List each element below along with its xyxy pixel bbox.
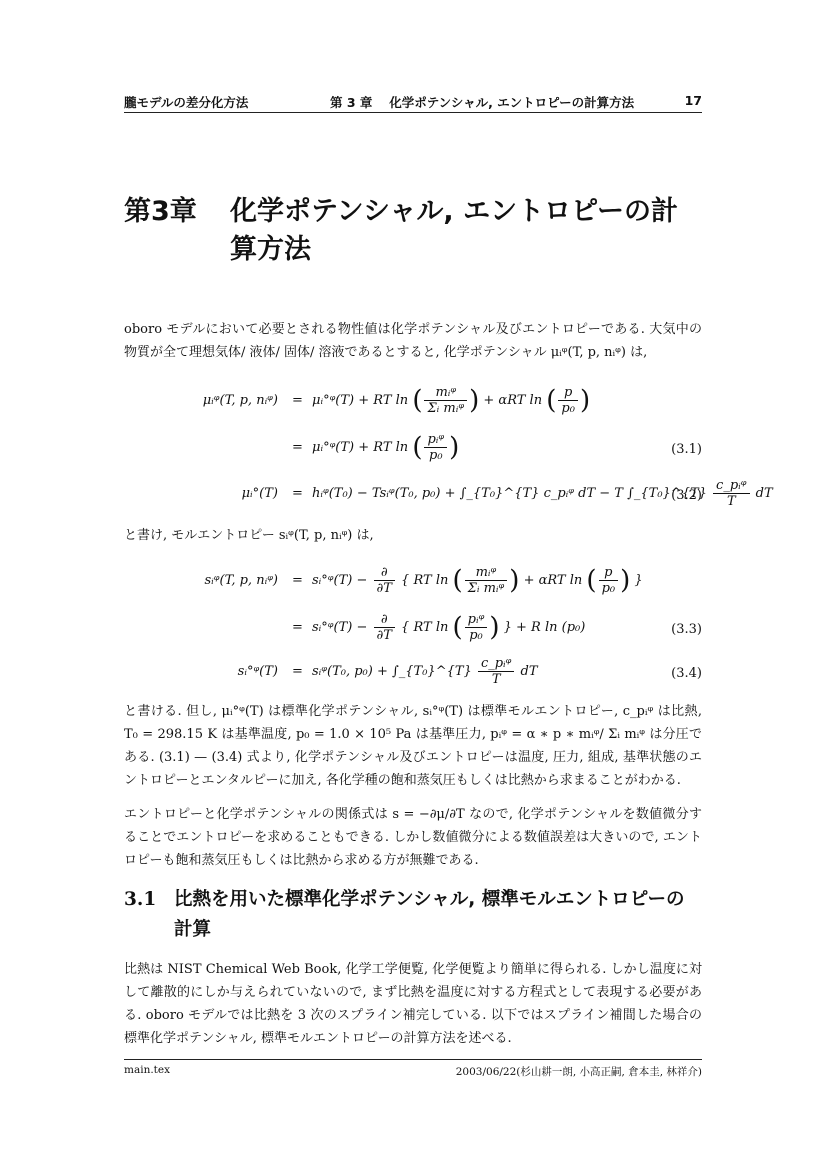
fraction: c_pᵢᵠT (478, 656, 514, 687)
equation-term: μᵢ°ᵠ(T) + RT ln (312, 440, 408, 455)
denominator: p₀ (465, 628, 488, 643)
numerator: p (599, 565, 619, 581)
fraction: c_pᵢᵠT (713, 478, 749, 509)
equation-lhs: μᵢᵠ(T, p, nᵢᵠ) (203, 393, 278, 408)
equals-sign: = (292, 486, 303, 501)
equals-sign: = (292, 664, 303, 679)
denominator: ∂T (374, 628, 395, 643)
equation-number: (3.1) (671, 442, 702, 457)
denominator: Σᵢ mᵢᵠ (465, 581, 508, 596)
denominator: T (713, 494, 749, 509)
equals-sign: = (292, 440, 303, 455)
fraction: mᵢᵠΣᵢ mᵢᵠ (424, 385, 467, 416)
fraction: pp₀ (599, 565, 619, 596)
equation-term: { RT ln (401, 573, 448, 588)
denominator: p₀ (599, 581, 619, 596)
numerator: ∂ (374, 565, 395, 581)
equation-term: dT (521, 664, 538, 679)
equation-number: (3.4) (671, 666, 702, 681)
section-title: 比熱を用いた標準化学ポテンシャル, 標準モルエントロピーの計算 (174, 885, 702, 945)
numerator: pᵢᵠ (424, 432, 447, 448)
denominator: p₀ (424, 448, 447, 463)
denominator: Σᵢ mᵢᵠ (424, 401, 467, 416)
equals-sign: = (292, 620, 303, 635)
chapter-number: 第3章 (124, 193, 197, 231)
equation-3-4: sᵢ°ᵠ(T) = sᵢᵠ(T₀, p₀) + ∫_{T₀}^{T} c_pᵢᵠ… (124, 656, 702, 696)
equation-rhs: μᵢ°ᵠ(T) + RT ln (pᵢᵠp₀) (312, 432, 459, 463)
equation-3-1-line-1: μᵢᵠ(T, p, nᵢᵠ) = μᵢ°ᵠ(T) + RT ln (mᵢᵠΣᵢ … (124, 385, 702, 425)
equation-term: hᵢᵠ(T₀) − Tsᵢᵠ(T₀, p₀) + ∫_{T₀}^{T} c_pᵢ… (312, 486, 707, 501)
equation-lhs: sᵢᵠ(T, p, nᵢᵠ) (205, 573, 279, 588)
numerator: ∂ (374, 612, 395, 628)
numerator: pᵢᵠ (465, 612, 488, 628)
equation-rhs: sᵢᵠ(T₀, p₀) + ∫_{T₀}^{T} c_pᵢᵠT dT (312, 656, 538, 687)
intro-paragraph: oboro モデルにおいて必要とされる物性値は化学ポテンシャル及びエントロピーで… (124, 318, 702, 364)
fraction: mᵢᵠΣᵢ mᵢᵠ (465, 565, 508, 596)
equation-number: (3.3) (671, 622, 702, 637)
header-chapter-title: 第 3 章 化学ポテンシャル, エントロピーの計算方法 (330, 93, 634, 111)
equation-rhs: sᵢ°ᵠ(T) − ∂∂T { RT ln (mᵢᵠΣᵢ mᵢᵠ) + αRT … (312, 565, 643, 596)
section-body-paragraph: 比熱は NIST Chemical Web Book, 化学工学便覧, 化学便覧… (124, 958, 702, 1050)
fraction: pp₀ (558, 385, 578, 416)
header-document-title: 朧モデルの差分化方法 (124, 93, 248, 111)
equation-term: } + R ln (p₀) (504, 620, 586, 635)
partial-derivative: ∂∂T (374, 612, 395, 643)
numerator: p (558, 385, 578, 401)
definitions-paragraph: と書ける. 但し, μᵢ°ᵠ(T) は標準化学ポテンシャル, sᵢ°ᵠ(T) は… (124, 700, 702, 792)
equation-term: + αRT ln (483, 393, 542, 408)
numerator: c_pᵢᵠ (478, 656, 514, 672)
chapter-title: 化学ポテンシャル, エントロピーの計算方法 (230, 193, 700, 269)
equation-term: + αRT ln (524, 573, 583, 588)
equals-sign: = (292, 393, 303, 408)
equation-3-1-line-2: = μᵢ°ᵠ(T) + RT ln (pᵢᵠp₀) (3.1) (124, 432, 702, 472)
equation-rhs: sᵢ°ᵠ(T) − ∂∂T { RT ln (pᵢᵠp₀) } + R ln (… (312, 612, 585, 643)
equation-lhs: μᵢ°(T) (242, 486, 278, 501)
equation-lhs: sᵢ°ᵠ(T) (238, 664, 278, 679)
footer-date-authors: 2003/06/22(杉山耕一朗, 小高正嗣, 倉本圭, 林祥介) (456, 1064, 702, 1079)
equation-3-3-line-2: = sᵢ°ᵠ(T) − ∂∂T { RT ln (pᵢᵠp₀) } + R ln… (124, 612, 702, 652)
relation-paragraph: エントロピーと化学ポテンシャルの関係式は s = −∂μ/∂T なので, 化学ポ… (124, 803, 702, 872)
equation-rhs: μᵢ°ᵠ(T) + RT ln (mᵢᵠΣᵢ mᵢᵠ) + αRT ln (pp… (312, 385, 590, 416)
equation-term: sᵢ°ᵠ(T) − (312, 620, 367, 635)
fraction: pᵢᵠp₀ (465, 612, 488, 643)
equation-term: sᵢ°ᵠ(T) − (312, 573, 367, 588)
running-header: 朧モデルの差分化方法 第 3 章 化学ポテンシャル, エントロピーの計算方法 1… (124, 93, 702, 111)
equation-term: sᵢᵠ(T₀, p₀) + ∫_{T₀}^{T} (312, 664, 472, 679)
equation-3-3-line-1: sᵢᵠ(T, p, nᵢᵠ) = sᵢ°ᵠ(T) − ∂∂T { RT ln (… (124, 565, 702, 605)
numerator: mᵢᵠ (424, 385, 467, 401)
equation-term: dT (756, 486, 773, 501)
footer-rule (124, 1059, 702, 1060)
equation-term: μᵢ°ᵠ(T) + RT ln (312, 393, 408, 408)
equals-sign: = (292, 573, 303, 588)
page-number: 17 (685, 93, 702, 108)
fraction: pᵢᵠp₀ (424, 432, 447, 463)
equation-rhs: hᵢᵠ(T₀) − Tsᵢᵠ(T₀, p₀) + ∫_{T₀}^{T} c_pᵢ… (312, 478, 773, 509)
section-number: 3.1 (124, 885, 156, 915)
equation-number: (3.2) (671, 488, 702, 503)
denominator: ∂T (374, 581, 395, 596)
partial-derivative: ∂∂T (374, 565, 395, 596)
header-rule (124, 112, 702, 113)
numerator: c_pᵢᵠ (713, 478, 749, 494)
equation-term: } (634, 573, 642, 588)
denominator: T (478, 672, 514, 687)
equation-3-2: μᵢ°(T) = hᵢᵠ(T₀) − Tsᵢᵠ(T₀, p₀) + ∫_{T₀}… (124, 478, 702, 518)
numerator: mᵢᵠ (465, 565, 508, 581)
footer-filename: main.tex (124, 1064, 170, 1076)
document-page: 朧モデルの差分化方法 第 3 章 化学ポテンシャル, エントロピーの計算方法 1… (0, 0, 826, 1169)
denominator: p₀ (558, 401, 578, 416)
equation-term: { RT ln (401, 620, 448, 635)
entropy-intro-line: と書け, モルエントロピー sᵢᵠ(T, p, nᵢᵠ) は, (124, 524, 702, 547)
